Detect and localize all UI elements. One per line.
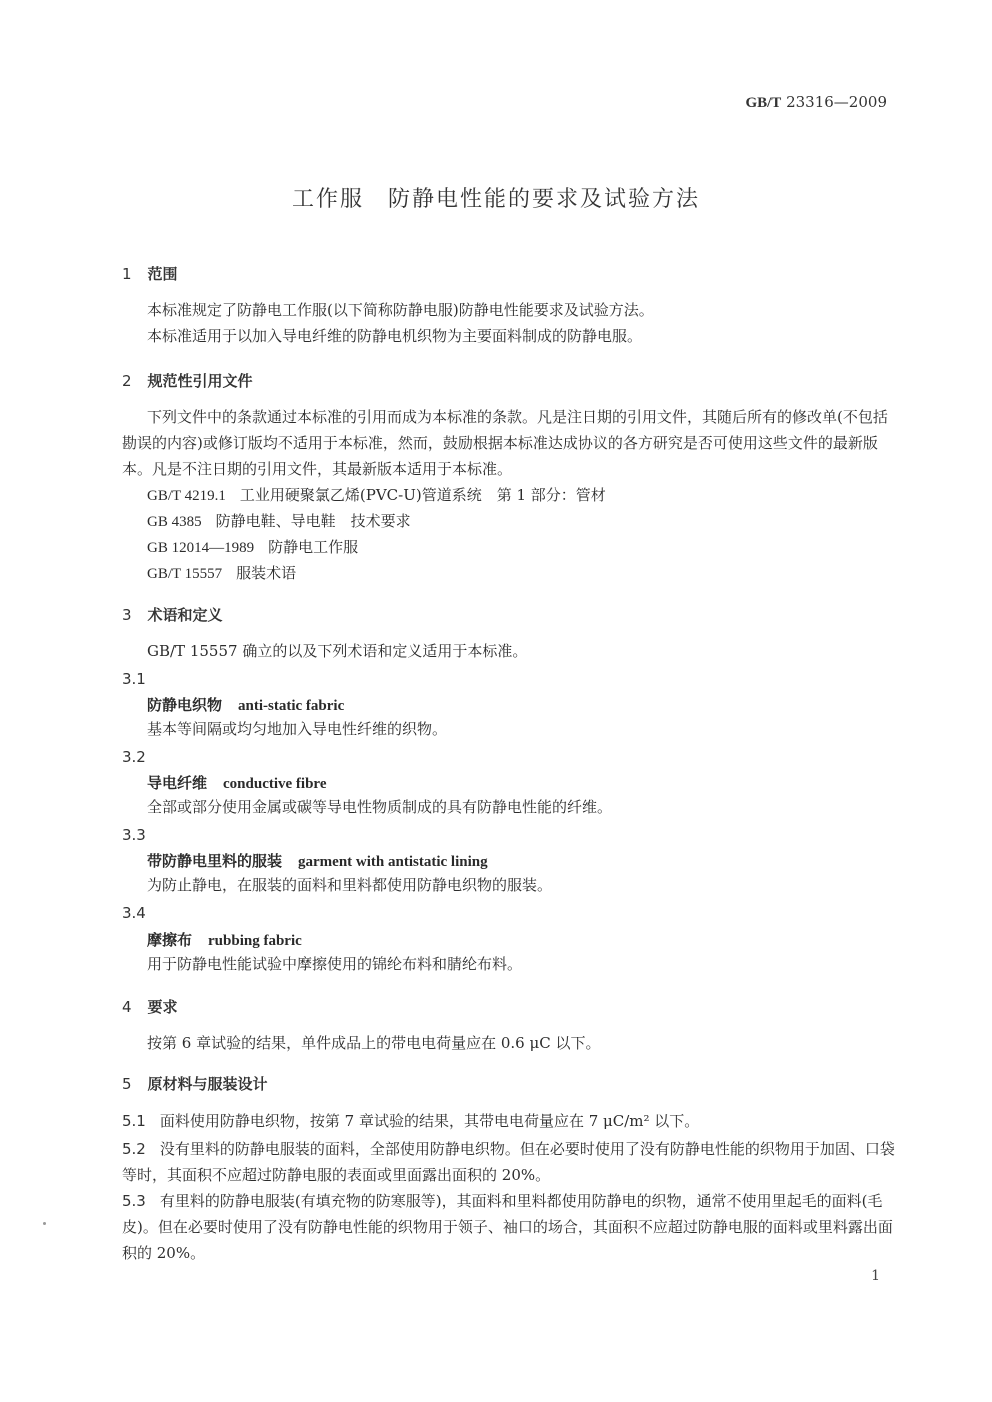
page-number: 1 [871,1268,880,1284]
section-heading-5: 5原材料与服装设计 [122,1073,268,1094]
term-title: 摩擦布rubbing fabric [147,929,302,950]
term-title: 防静电织物anti-static fabric [147,694,344,715]
section-heading-3: 3术语和定义 [122,604,223,625]
term-title: 导电纤维conductive fibre [147,772,326,793]
reference-item: GB 4385防静电鞋、导电鞋 技术要求 [147,508,411,535]
document-title: 工作服 防静电性能的要求及试验方法 [0,182,992,213]
reference-item: GB/T 15557服装术语 [147,560,296,587]
clause-5-2: 5.2没有里料的防静电服装的面料，全部使用防静电织物。但在必要时使用了没有防静电… [122,1136,897,1188]
reference-item: GB 12014—1989防静电工作服 [147,534,358,561]
term-title: 带防静电里料的服装garment with antistatic lining [147,850,488,871]
section-heading-2: 2规范性引用文件 [122,370,253,391]
scan-speck [43,1222,46,1225]
section-4-para: 按第 6 章试验的结果，单件成品上的带电电荷量应在 0.6 μC 以下。 [147,1030,600,1056]
section-1-para-2: 本标准适用于以加入导电纤维的防静电机织物为主要面料制成的防静电服。 [147,323,642,349]
term-definition: 全部或部分使用金属或碳等导电性物质制成的具有防静电性能的纤维。 [147,794,612,820]
section-heading-4: 4要求 [122,996,178,1017]
term-number: 3.2 [122,748,146,766]
term-definition: 基本等间隔或均匀地加入导电性纤维的织物。 [147,716,447,742]
term-definition: 为防止静电，在服装的面料和里料都使用防静电织物的服装。 [147,872,552,898]
clause-5-1: 5.1面料使用防静电织物，按第 7 章试验的结果，其带电电荷量应在 7 μC/m… [122,1108,897,1134]
section-2-intro: 下列文件中的条款通过本标准的引用而成为本标准的条款。凡是注日期的引用文件，其随后… [122,404,897,482]
term-definition: 用于防静电性能试验中摩擦使用的锦纶布料和腈纶布料。 [147,951,522,977]
term-number: 3.4 [122,904,146,922]
term-number: 3.3 [122,826,146,844]
section-3-intro: GB/T 15557 确立的以及下列术语和定义适用于本标准。 [147,638,527,664]
term-number: 3.1 [122,670,146,688]
section-heading-1: 1范围 [122,263,178,284]
clause-5-3: 5.3有里料的防静电服装(有填充物的防寒服等)，其面料和里料都使用防静电的织物，… [122,1188,897,1266]
standard-number: GB/T 23316—2009 [745,93,887,112]
section-1-para-1: 本标准规定了防静电工作服(以下简称防静电服)防静电性能要求及试验方法。 [147,297,654,323]
reference-item: GB/T 4219.1工业用硬聚氯乙烯(PVC-U)管道系统 第 1 部分：管材 [147,482,606,509]
